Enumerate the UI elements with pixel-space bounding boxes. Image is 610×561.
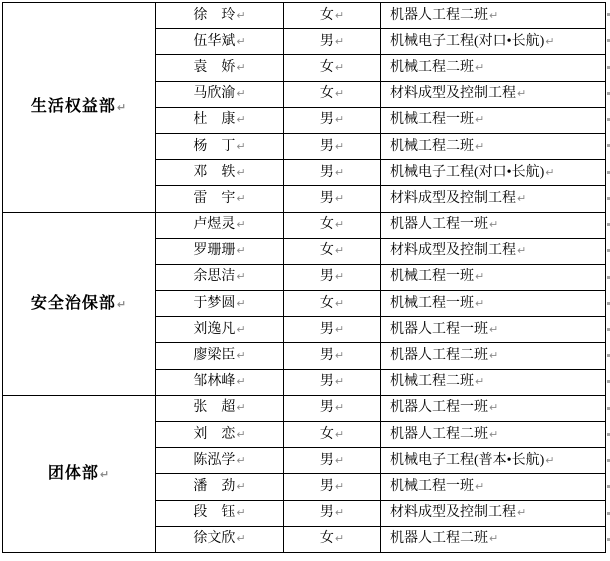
paragraph-mark: ↵: [517, 192, 526, 205]
member-gender: 男: [320, 269, 334, 284]
paragraph-mark: ↵: [517, 244, 526, 257]
member-gender: 男: [320, 139, 334, 154]
member-class: 材料成型及控制工程: [390, 191, 516, 206]
name-cell[interactable]: 刘 恋↵: [156, 422, 284, 448]
gender-cell[interactable]: 男↵: [284, 160, 381, 186]
paragraph-mark: ↵: [335, 166, 344, 179]
member-class: 材料成型及控制工程: [390, 505, 516, 520]
paragraph-mark: ↵: [489, 428, 498, 441]
paragraph-mark: ↵: [489, 218, 498, 231]
gender-cell[interactable]: 女↵: [284, 212, 381, 238]
class-cell[interactable]: 机械电子工程(普本•长航)↵: [381, 448, 606, 474]
member-gender: 男: [320, 479, 334, 494]
gender-cell[interactable]: 女↵: [284, 291, 381, 317]
paragraph-mark: ↵: [335, 192, 344, 205]
paragraph-mark: ↵: [517, 87, 526, 100]
class-cell[interactable]: 材料成型及控制工程↵: [381, 500, 606, 526]
paragraph-mark: ↵: [335, 61, 344, 74]
member-class: 材料成型及控制工程: [390, 243, 516, 258]
gender-cell[interactable]: 男↵: [284, 264, 381, 290]
paragraph-mark: ↵: [475, 61, 484, 74]
gender-cell[interactable]: 男↵: [284, 395, 381, 421]
paragraph-mark: ↵: [236, 192, 245, 205]
member-gender: 男: [320, 348, 334, 363]
member-name: 刘逸凡: [193, 322, 235, 337]
paragraph-mark: ↵: [236, 297, 245, 310]
member-gender: 男: [320, 191, 334, 206]
class-cell[interactable]: 机械工程一班↵: [381, 291, 606, 317]
paragraph-mark: ↵: [236, 87, 245, 100]
paragraph-mark: ↵: [236, 349, 245, 362]
gender-cell[interactable]: 女↵: [284, 81, 381, 107]
name-cell[interactable]: 余思洁↵: [156, 264, 284, 290]
member-name: 邓 轶: [193, 165, 235, 180]
class-cell[interactable]: 材料成型及控制工程↵: [381, 81, 606, 107]
paragraph-mark: ↵: [335, 297, 344, 310]
member-gender: 男: [320, 34, 334, 49]
member-class: 机械工程二班: [390, 139, 474, 154]
paragraph-mark: ↵: [117, 101, 127, 114]
class-cell[interactable]: 材料成型及控制工程↵: [381, 238, 606, 264]
member-name: 卢煜灵: [193, 217, 235, 232]
name-cell[interactable]: 潘 劲↵: [156, 474, 284, 500]
name-cell[interactable]: 邹林峰↵: [156, 369, 284, 395]
member-name: 段 钰: [193, 505, 235, 520]
gender-cell[interactable]: 男↵: [284, 474, 381, 500]
class-cell[interactable]: 材料成型及控制工程↵: [381, 186, 606, 212]
paragraph-mark: ↵: [475, 297, 484, 310]
member-gender: 男: [320, 165, 334, 180]
name-cell[interactable]: 陈泓学↵: [156, 448, 284, 474]
member-gender: 女: [320, 531, 334, 546]
paragraph-mark: ↵: [335, 401, 344, 414]
class-cell[interactable]: 机器人工程一班↵: [381, 212, 606, 238]
member-name: 徐文欣: [193, 531, 235, 546]
paragraph-mark: ↵: [236, 428, 245, 441]
gender-cell[interactable]: 女↵: [284, 3, 381, 29]
paragraph-mark: ↵: [236, 270, 245, 283]
member-name: 杜 康: [193, 112, 235, 127]
member-gender: 女: [320, 217, 334, 232]
name-cell[interactable]: 徐文欣↵: [156, 526, 284, 552]
paragraph-mark: ↵: [236, 35, 245, 48]
member-name: 潘 劲: [193, 479, 235, 494]
paragraph-mark: ↵: [335, 454, 344, 467]
member-gender: 男: [320, 374, 334, 389]
member-gender: 女: [320, 60, 334, 75]
class-cell[interactable]: 机械工程二班↵: [381, 55, 606, 81]
member-gender: 男: [320, 453, 334, 468]
name-cell[interactable]: 袁 娇↵: [156, 55, 284, 81]
gender-cell[interactable]: 男↵: [284, 500, 381, 526]
department-cell[interactable]: 团体部↵: [3, 395, 156, 552]
paragraph-mark: ↵: [236, 61, 245, 74]
class-cell[interactable]: 机器人工程一班↵: [381, 395, 606, 421]
paragraph-mark: ↵: [489, 323, 498, 336]
gender-cell[interactable]: 女↵: [284, 526, 381, 552]
paragraph-mark: ↵: [236, 323, 245, 336]
paragraph-mark: ↵: [335, 532, 344, 545]
paragraph-mark: ↵: [475, 270, 484, 283]
class-cell[interactable]: 机械工程一班↵: [381, 107, 606, 133]
member-class: 材料成型及控制工程: [390, 86, 516, 101]
paragraph-mark: ↵: [475, 113, 484, 126]
paragraph-mark: ↵: [236, 454, 245, 467]
member-name: 刘 恋: [193, 427, 235, 442]
paragraph-mark: ↵: [517, 506, 526, 519]
paragraph-mark: ↵: [236, 480, 245, 493]
paragraph-mark: ↵: [335, 218, 344, 231]
class-cell[interactable]: 机械工程一班↵: [381, 264, 606, 290]
member-name: 雷 宇: [193, 191, 235, 206]
member-class: 机械电子工程(普本•长航): [390, 453, 544, 468]
gender-cell[interactable]: 男↵: [284, 186, 381, 212]
member-name: 陈泓学: [193, 453, 235, 468]
member-name: 伍华斌: [193, 34, 235, 49]
department-label: 团体部: [48, 465, 99, 482]
member-class: 机械工程一班: [390, 479, 474, 494]
member-name: 杨 丁: [193, 139, 235, 154]
member-class: 机器人工程二班: [390, 8, 488, 23]
paragraph-mark: ↵: [335, 140, 344, 153]
class-cell[interactable]: 机械工程二班↵: [381, 133, 606, 159]
class-cell[interactable]: 机械工程一班↵: [381, 474, 606, 500]
name-cell[interactable]: 刘逸凡↵: [156, 317, 284, 343]
paragraph-mark: ↵: [117, 298, 127, 311]
gender-cell[interactable]: 女↵: [284, 238, 381, 264]
paragraph-mark: ↵: [545, 454, 554, 467]
name-cell[interactable]: 卢煜灵↵: [156, 212, 284, 238]
paragraph-mark: ↵: [475, 140, 484, 153]
member-class: 机器人工程一班: [390, 400, 488, 415]
paragraph-mark: ↵: [489, 532, 498, 545]
gender-cell[interactable]: 男↵: [284, 317, 381, 343]
paragraph-mark: ↵: [335, 270, 344, 283]
member-name: 邹林峰: [193, 374, 235, 389]
gender-cell[interactable]: 男↵: [284, 133, 381, 159]
department-label: 安全治保部: [31, 295, 116, 312]
gender-cell[interactable]: 男↵: [284, 343, 381, 369]
class-cell[interactable]: 机器人工程二班↵: [381, 3, 606, 29]
paragraph-mark: ↵: [335, 35, 344, 48]
member-name: 张 超: [193, 400, 235, 415]
paragraph-mark: ↵: [475, 480, 484, 493]
table-row: 生活权益部↵徐 玲↵女↵机器人工程二班↵: [3, 3, 606, 29]
member-class: 机械工程一班: [390, 112, 474, 127]
paragraph-mark: ↵: [489, 349, 498, 362]
member-class: 机械电子工程(对口•长航): [390, 165, 544, 180]
member-name: 袁 娇: [193, 60, 235, 75]
name-cell[interactable]: 张 超↵: [156, 395, 284, 421]
paragraph-mark: ↵: [545, 35, 554, 48]
gender-cell[interactable]: 男↵: [284, 107, 381, 133]
name-cell[interactable]: 段 钰↵: [156, 500, 284, 526]
paragraph-mark: ↵: [335, 87, 344, 100]
table-row: 安全治保部↵卢煜灵↵女↵机器人工程一班↵: [3, 212, 606, 238]
class-cell[interactable]: 机器人工程一班↵: [381, 317, 606, 343]
name-cell[interactable]: 于梦圆↵: [156, 291, 284, 317]
paragraph-mark: ↵: [335, 349, 344, 362]
name-cell[interactable]: 马欣渝↵: [156, 81, 284, 107]
member-name: 余思洁: [193, 269, 235, 284]
member-gender: 男: [320, 322, 334, 337]
name-cell[interactable]: 伍华斌↵: [156, 29, 284, 55]
members-table: 生活权益部↵徐 玲↵女↵机器人工程二班↵伍华斌↵男↵机械电子工程(对口•长航)↵…: [2, 2, 606, 553]
paragraph-mark: ↵: [335, 323, 344, 336]
name-cell[interactable]: 廖梁臣↵: [156, 343, 284, 369]
paragraph-mark: ↵: [236, 532, 245, 545]
class-cell[interactable]: 机器人工程二班↵: [381, 343, 606, 369]
paragraph-mark: ↵: [236, 140, 245, 153]
member-class: 机械电子工程(对口•长航): [390, 34, 544, 49]
paragraph-mark: ↵: [236, 401, 245, 414]
class-cell[interactable]: 机械电子工程(对口•长航)↵: [381, 160, 606, 186]
gender-cell[interactable]: 男↵: [284, 29, 381, 55]
name-cell[interactable]: 罗珊珊↵: [156, 238, 284, 264]
gender-cell[interactable]: 男↵: [284, 448, 381, 474]
paragraph-mark: ↵: [475, 375, 484, 388]
class-cell[interactable]: 机械电子工程(对口•长航)↵: [381, 29, 606, 55]
paragraph-mark: ↵: [335, 113, 344, 126]
member-gender: 男: [320, 400, 334, 415]
paragraph-mark: ↵: [236, 9, 245, 22]
gender-cell[interactable]: 女↵: [284, 422, 381, 448]
member-gender: 女: [320, 427, 334, 442]
member-gender: 女: [320, 243, 334, 258]
class-cell[interactable]: 机械工程二班↵: [381, 369, 606, 395]
paragraph-mark: ↵: [335, 375, 344, 388]
member-name: 徐 玲: [193, 8, 235, 23]
paragraph-mark: ↵: [236, 506, 245, 519]
member-class: 机械工程一班: [390, 296, 474, 311]
paragraph-mark: ↵: [236, 375, 245, 388]
paragraph-mark: ↵: [335, 244, 344, 257]
paragraph-mark: ↵: [335, 480, 344, 493]
paragraph-mark: ↵: [100, 468, 110, 481]
department-cell[interactable]: 生活权益部↵: [3, 3, 156, 213]
member-class: 机械工程二班: [390, 60, 474, 75]
member-gender: 男: [320, 505, 334, 520]
paragraph-mark: ↵: [489, 9, 498, 22]
member-class: 机械工程一班: [390, 269, 474, 284]
class-cell[interactable]: 机器人工程二班↵: [381, 526, 606, 552]
member-gender: 女: [320, 296, 334, 311]
member-gender: 女: [320, 86, 334, 101]
name-cell[interactable]: 杨 丁↵: [156, 133, 284, 159]
members-table-body: 生活权益部↵徐 玲↵女↵机器人工程二班↵伍华斌↵男↵机械电子工程(对口•长航)↵…: [3, 3, 606, 553]
gender-cell[interactable]: 男↵: [284, 369, 381, 395]
member-name: 罗珊珊: [193, 243, 235, 258]
paragraph-mark: ↵: [236, 166, 245, 179]
paragraph-mark: ↵: [335, 428, 344, 441]
name-cell[interactable]: 邓 轶↵: [156, 160, 284, 186]
paragraph-mark: ↵: [236, 113, 245, 126]
paragraph-mark: ↵: [236, 244, 245, 257]
member-name: 于梦圆: [193, 296, 235, 311]
department-label: 生活权益部: [31, 98, 116, 115]
document-page: 生活权益部↵徐 玲↵女↵机器人工程二班↵伍华斌↵男↵机械电子工程(对口•长航)↵…: [0, 0, 610, 561]
member-class: 机器人工程二班: [390, 531, 488, 546]
paragraph-mark: ↵: [489, 401, 498, 414]
paragraph-mark: ↵: [236, 218, 245, 231]
table-row: 团体部↵张 超↵男↵机器人工程一班↵: [3, 395, 606, 421]
paragraph-mark: ↵: [545, 166, 554, 179]
name-cell[interactable]: 杜 康↵: [156, 107, 284, 133]
name-cell[interactable]: 雷 宇↵: [156, 186, 284, 212]
gender-cell[interactable]: 女↵: [284, 55, 381, 81]
member-class: 机器人工程二班: [390, 348, 488, 363]
member-class: 机器人工程一班: [390, 217, 488, 232]
member-class: 机械工程二班: [390, 374, 474, 389]
member-name: 马欣渝: [193, 86, 235, 101]
member-gender: 女: [320, 8, 334, 23]
member-class: 机器人工程二班: [390, 427, 488, 442]
member-class: 机器人工程一班: [390, 322, 488, 337]
paragraph-mark: ↵: [335, 9, 344, 22]
member-gender: 男: [320, 112, 334, 127]
department-cell[interactable]: 安全治保部↵: [3, 212, 156, 395]
member-name: 廖梁臣: [193, 348, 235, 363]
class-cell[interactable]: 机器人工程二班↵: [381, 422, 606, 448]
paragraph-mark: ↵: [335, 506, 344, 519]
name-cell[interactable]: 徐 玲↵: [156, 3, 284, 29]
